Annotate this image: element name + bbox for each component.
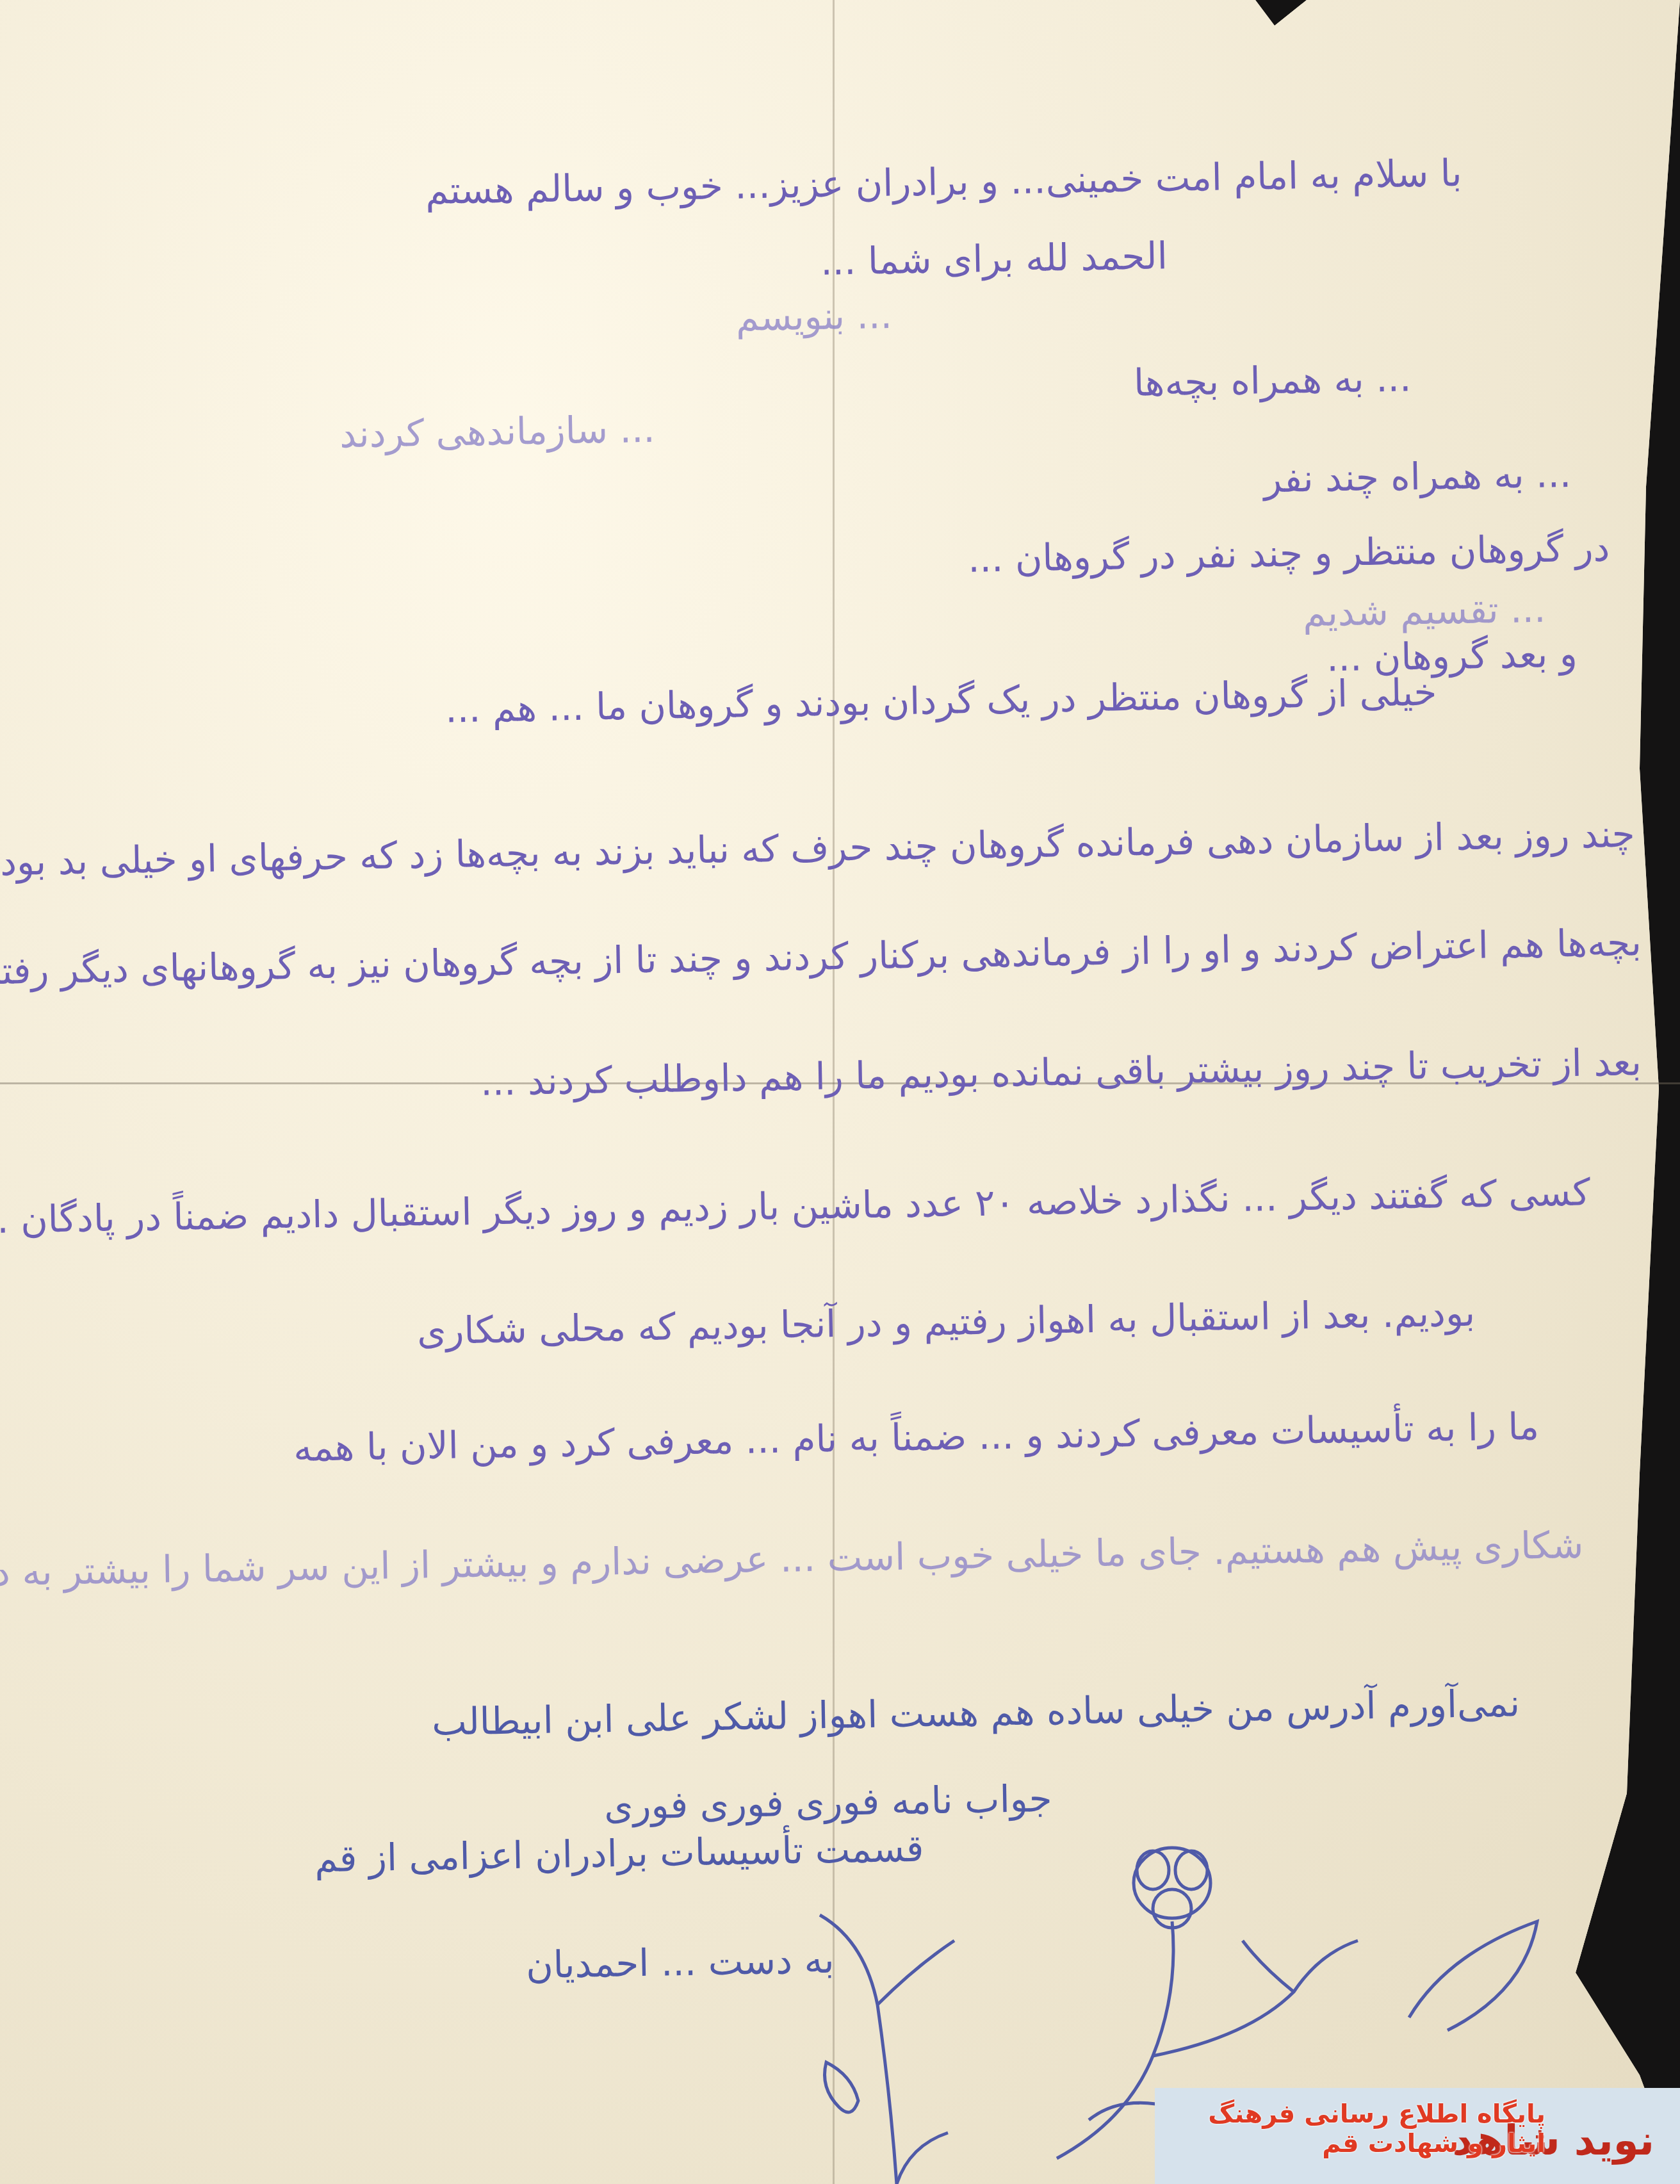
letter-line: ... بنویسم [736, 293, 893, 339]
letter-line: الحمد لله برای شما ... [820, 234, 1168, 283]
watermark-text: پایگاه اطلاع رسانی فرهنگ ایثار و شهادت ق… [1155, 2099, 1545, 2158]
signature-line: به دست ... احمدیان [526, 1938, 835, 1987]
letter-line: ... سازماندهی کردند [339, 407, 656, 457]
watermark-band: نوید شاهد پایگاه اطلاع رسانی فرهنگ ایثار… [1155, 2088, 1680, 2184]
letter-line: ... به همراه بچه‌ها [1133, 356, 1412, 405]
reply-request-line: جواب نامه فوری فوری فوری [604, 1777, 1053, 1828]
lily-drawing-icon [801, 1902, 993, 2184]
letter-line: ... به همراه چند نفر [1263, 452, 1571, 501]
letter-line: ... تقسیم شدیم [1302, 587, 1545, 635]
